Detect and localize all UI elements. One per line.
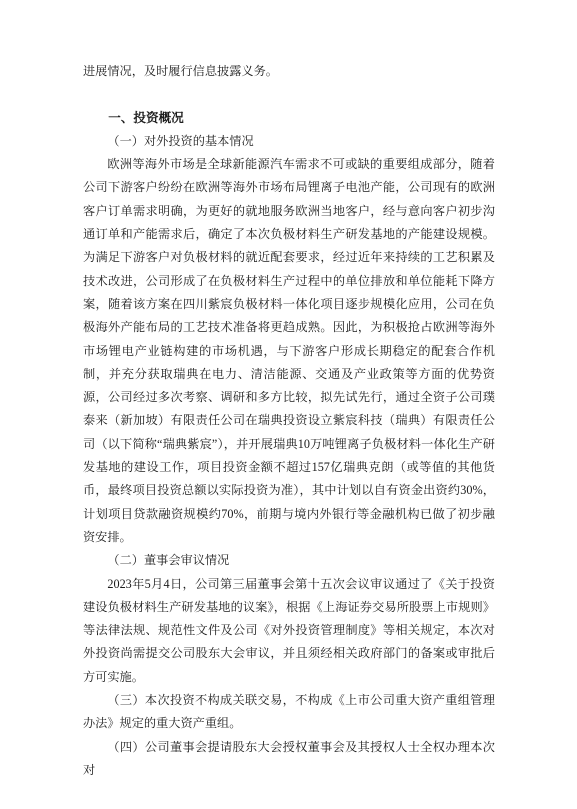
subheading-board-review: （二）董事会审议情况: [83, 549, 495, 572]
subheading-outbound-investment-basics: （一）对外投资的基本情况: [83, 130, 495, 153]
section-heading-investment-overview: 一、投资概况: [83, 107, 495, 130]
paragraph-investment-background: 欧洲等海外市场是全球新能源汽车需求不可或缺的重要组成部分，随着公司下游客户纷纷在…: [83, 153, 495, 549]
paragraph-disclosure-continuation: 进展情况，及时履行信息披露义务。: [83, 60, 495, 83]
paragraph-shareholder-authorization: （四）公司董事会提请股东大会授权董事会及其授权人士全权办理本次对: [83, 736, 495, 783]
document-page: 进展情况，及时履行信息披露义务。 一、投资概况 （一）对外投资的基本情况 欧洲等…: [0, 0, 577, 809]
paragraph-board-review-details: 2023年5月4日，公司第三届董事会第十五次会议审议通过了《关于投资建设负极材料…: [83, 573, 495, 689]
document-content: 进展情况，及时履行信息披露义务。 一、投资概况 （一）对外投资的基本情况 欧洲等…: [83, 60, 495, 782]
paragraph-not-related-transaction: （三）本次投资不构成关联交易，不构成《上市公司重大资产重组管理办法》规定的重大资…: [83, 689, 495, 736]
